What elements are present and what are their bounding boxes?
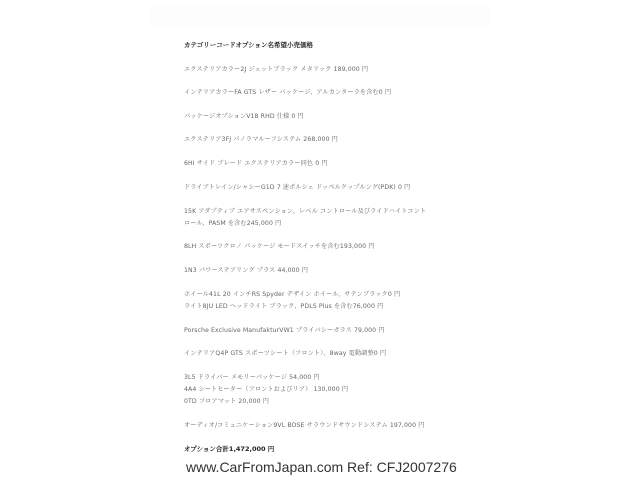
option-line: Porsche Exclusive ManufakturVW1 プライバシーガラ… [184,325,385,334]
options-total: オプション合計1,472,000 円 [184,444,274,453]
option-line: パッケージオプションV18 RHD 仕様 0 円 [184,111,304,120]
option-line: インテリアQ4P GTS スポーツシート（フロント）、8way 電動調整0 円 [184,348,386,357]
source-watermark: www.CarFromJapan.com Ref: CFJ2007276 [186,459,457,475]
option-line: 1N3 パワーステアリング プラス 44,000 円 [184,265,308,274]
options-document: カテゴリーコードオプション名希望小売価格 エクステリアカラー2J ジェットブラッ… [184,0,484,480]
option-line: エクステリアカラー2J ジェットブラック メタリック 189,000 円 [184,64,368,73]
option-line: 4A4 シートヒーター（フロントおよびリア） 130,000 円 [184,384,348,393]
document-heading: カテゴリーコードオプション名希望小売価格 [184,40,313,49]
option-line: 8LH スポーツクロノ パッケージ モードスイッチを含む193,000 円 [184,241,375,250]
option-line: ホイール41L 20 インチRS Spyder デザイン ホイール、サテンブラッ… [184,289,400,298]
option-line: ドライブトレイン/シャシーG1D 7 速ポルシェ ドッペルクップルング(PDK)… [184,182,410,191]
option-line: 0TD フロアマット 20,000 円 [184,396,269,405]
option-line: 3L5 ドライバー メモリーパッケージ 54,000 円 [184,372,320,381]
option-line: 15K アダプティブ エアサスペンション、レベル コントロール及びライドハイトコ… [184,206,426,215]
option-line: ライト8JU LED ヘッドライト ブラック、PDLS Plus を含む76,0… [184,301,383,310]
option-line: エクステリア3FJ パノラマルーフシステム 268,000 円 [184,134,338,143]
option-line: 6HI サイド ブレード エクステリアカラー同色 0 円 [184,158,328,167]
option-line: インテリアカラーFA GTS レザー パッケージ、アルカンターラを含む0 円 [184,87,391,96]
option-line-continued: ロール、PASM を含む245,000 円 [184,218,281,227]
option-line: オーディオ/コミュニケーション9VL BOSE サラウンドサウンドシステム 19… [184,420,424,429]
